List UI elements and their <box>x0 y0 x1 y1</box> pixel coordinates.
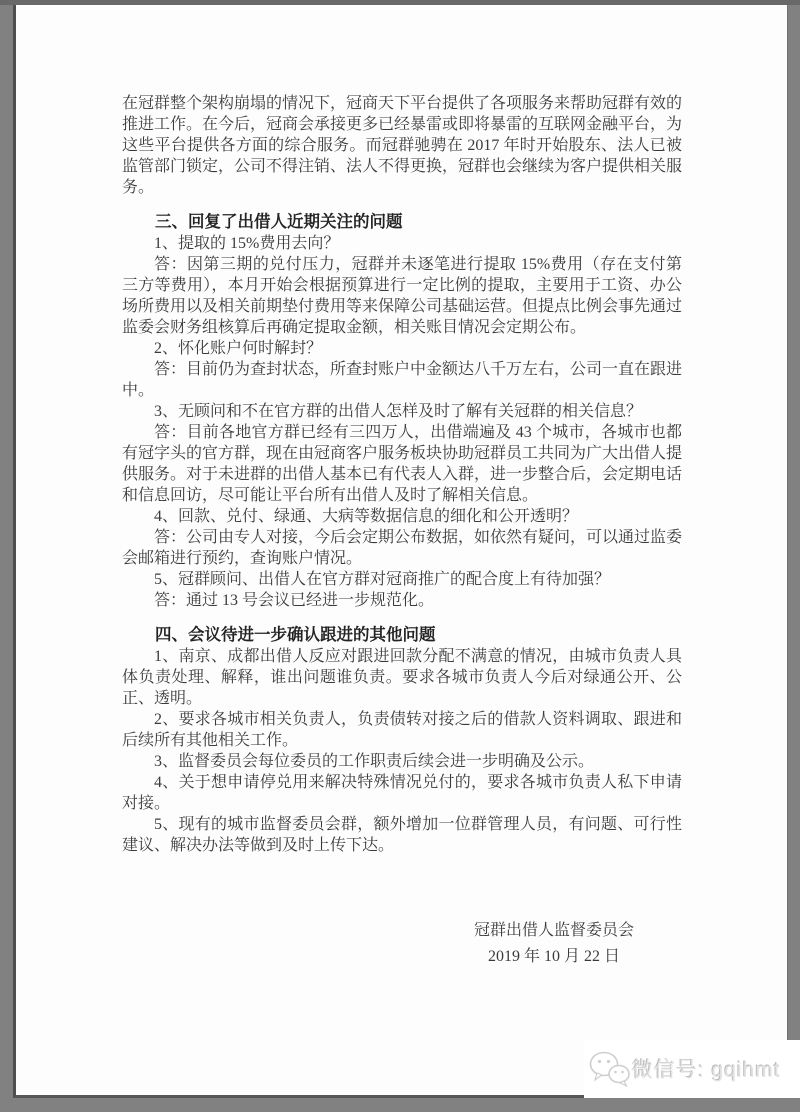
document-text-block: 在冠群整个架构崩塌的情况下，冠商天下平台提供了各项服务来帮助冠群有效的推进工作。… <box>122 93 682 970</box>
wechat-icon <box>588 1049 632 1089</box>
section-4-heading: 四、会议待进一步确认跟进的其他问题 <box>122 624 682 646</box>
signature-block: 冠群出借人监督委员会 2019 年 10 月 22 日 <box>122 918 682 970</box>
intro-paragraph: 在冠群整个架构崩塌的情况下，冠商天下平台提供了各项服务来帮助冠群有效的推进工作。… <box>122 93 682 198</box>
section-3-answer-4: 答：公司由专人对接，今后会定期公布数据，如依然有疑问，可以通过监委会邮箱进行预约… <box>122 527 682 569</box>
watermark-label: 微信号: gqihmt <box>632 1054 781 1084</box>
section-3-answer-3: 答：目前各地官方群已经有三四万人，出借端遍及 43 个城市，各城市也都有冠字头的… <box>122 422 682 506</box>
section-3-question-5: 5、冠群顾问、出借人在官方群对冠商推广的配合度上有待加强？ <box>122 569 682 590</box>
section-4-item-4: 4、关于想申请停兑用来解决特殊情况兑付的，要求各城市负责人私下申请对接。 <box>122 772 682 814</box>
document-page: 在冠群整个架构崩塌的情况下，冠商天下平台提供了各项服务来帮助冠群有效的推进工作。… <box>13 5 788 1098</box>
section-3-answer-1: 答：因第三期的兑付压力，冠群并未逐笔进行提取 15%费用（存在支付第三方等费用）… <box>122 254 682 338</box>
signature-inner: 冠群出借人监督委员会 2019 年 10 月 22 日 <box>474 918 634 970</box>
signature-org: 冠群出借人监督委员会 <box>474 918 634 944</box>
section-3-question-4: 4、回款、兑付、绿通、大病等数据信息的细化和公开透明？ <box>122 506 682 527</box>
section-4-item-2: 2、要求各城市相关负责人，负责债转对接之后的借款人资料调取、跟进和后续所有其他相… <box>122 709 682 751</box>
wechat-watermark: 微信号: gqihmt <box>584 1040 800 1098</box>
signature-date: 2019 年 10 月 22 日 <box>474 944 634 970</box>
section-4-item-5: 5、现有的城市监督委员会群，额外增加一位群管理人员，有问题、可行性建议、解决办法… <box>122 814 682 856</box>
section-3-heading: 三、回复了出借人近期关注的问题 <box>122 211 682 233</box>
section-4-item-1: 1、南京、成都出借人反应对跟进回款分配不满意的情况，由城市负责人具体负责处理、解… <box>122 646 682 709</box>
section-4-item-3: 3、监督委员会每位委员的工作职责后续会进一步明确及公示。 <box>122 751 682 772</box>
section-3-question-3: 3、无顾问和不在官方群的出借人怎样及时了解有关冠群的相关信息？ <box>122 401 682 422</box>
section-3-question-1: 1、提取的 15%费用去向？ <box>122 233 682 254</box>
section-3-answer-2: 答：目前仍为查封状态，所查封账户中金额达八千万左右，公司一直在跟进中。 <box>122 359 682 401</box>
section-3-question-2: 2、怀化账户何时解封？ <box>122 338 682 359</box>
section-3-answer-5: 答：通过 13 号会议已经进一步规范化。 <box>122 590 682 611</box>
